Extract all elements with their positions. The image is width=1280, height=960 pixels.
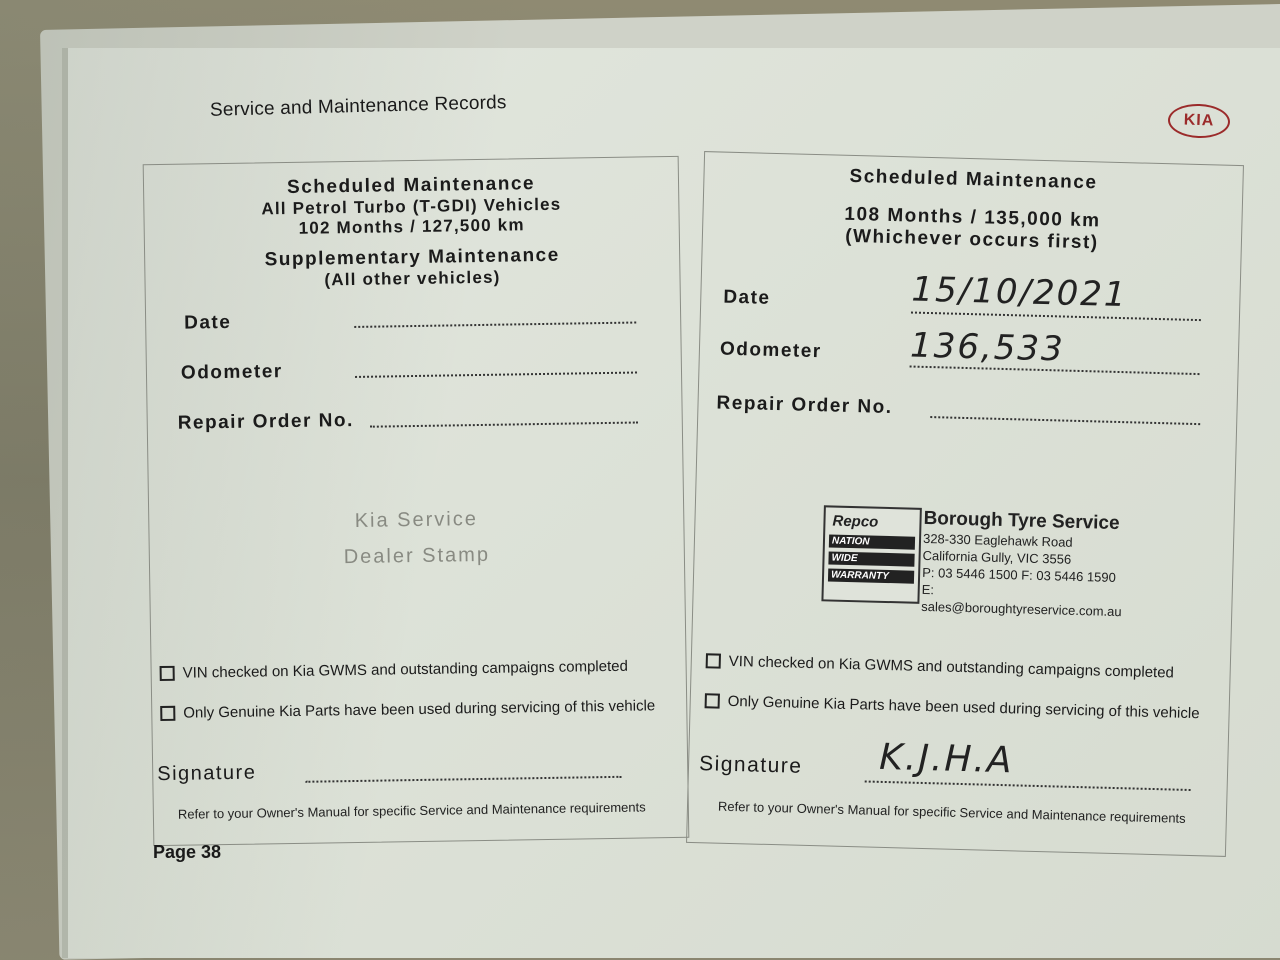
left-repair-field[interactable] [370, 422, 638, 428]
checkbox-icon[interactable] [160, 706, 175, 721]
left-date-field[interactable] [354, 322, 636, 328]
right-check-vin[interactable]: VIN checked on Kia GWMS and outstanding … [706, 652, 1175, 681]
left-check-vin-label: VIN checked on Kia GWMS and outstanding … [183, 658, 628, 682]
page-number: Page 38 [153, 842, 221, 863]
left-footnote: Refer to your Owner's Manual for specifi… [178, 799, 646, 821]
left-odometer-label: Odometer [181, 361, 283, 385]
right-repair-field[interactable] [930, 416, 1200, 425]
right-maintenance-record: Scheduled Maintenance 108 Months / 135,0… [686, 151, 1244, 857]
right-check-parts-label: Only Genuine Kia Parts have been used du… [728, 693, 1200, 722]
left-stamp-line2: Dealer Stamp [150, 541, 684, 572]
right-check-vin-label: VIN checked on Kia GWMS and outstanding … [729, 653, 1175, 682]
repco-logo: Repco [829, 511, 915, 532]
right-odometer-label: Odometer [720, 339, 822, 364]
checkbox-icon[interactable] [160, 666, 175, 681]
right-signature-label: Signature [699, 752, 803, 779]
right-date-label: Date [723, 287, 771, 310]
left-signature-field[interactable] [305, 776, 621, 783]
left-stamp-line1: Kia Service [149, 505, 683, 536]
right-footnote: Refer to your Owner's Manual for specifi… [718, 799, 1186, 826]
right-check-parts[interactable]: Only Genuine Kia Parts have been used du… [705, 692, 1200, 722]
left-check-parts-label: Only Genuine Kia Parts have been used du… [183, 697, 655, 721]
right-heading: Scheduled Maintenance [704, 162, 1242, 198]
right-repair-label: Repair Order No. [716, 392, 893, 419]
right-signature-value: K.J.H.A [879, 737, 1014, 782]
right-signature-field[interactable] [865, 780, 1191, 791]
left-maintenance-record: Scheduled Maintenance All Petrol Turbo (… [143, 156, 690, 846]
left-odometer-field[interactable] [355, 372, 637, 378]
left-check-vin[interactable]: VIN checked on Kia GWMS and outstanding … [160, 658, 628, 682]
right-date-value: 15/10/2021 [911, 270, 1128, 316]
left-date-label: Date [184, 312, 232, 335]
repco-badge: Repco NATION WIDE WARRANTY [821, 505, 921, 604]
checkbox-icon[interactable] [706, 653, 721, 668]
left-check-parts[interactable]: Only Genuine Kia Parts have been used du… [160, 697, 655, 722]
badge-wide: WIDE [828, 551, 914, 566]
dealer-stamp: Repco NATION WIDE WARRANTY Borough Tyre … [821, 505, 1124, 613]
dealer-email: E: sales@boroughtyreservice.com.au [921, 581, 1122, 620]
badge-nation: NATION [829, 534, 915, 549]
checkbox-icon[interactable] [705, 693, 720, 708]
badge-warranty: WARRANTY [828, 568, 914, 583]
right-odometer-value: 136,533 [910, 326, 1066, 370]
left-signature-label: Signature [157, 762, 256, 787]
left-repair-label: Repair Order No. [178, 410, 354, 435]
